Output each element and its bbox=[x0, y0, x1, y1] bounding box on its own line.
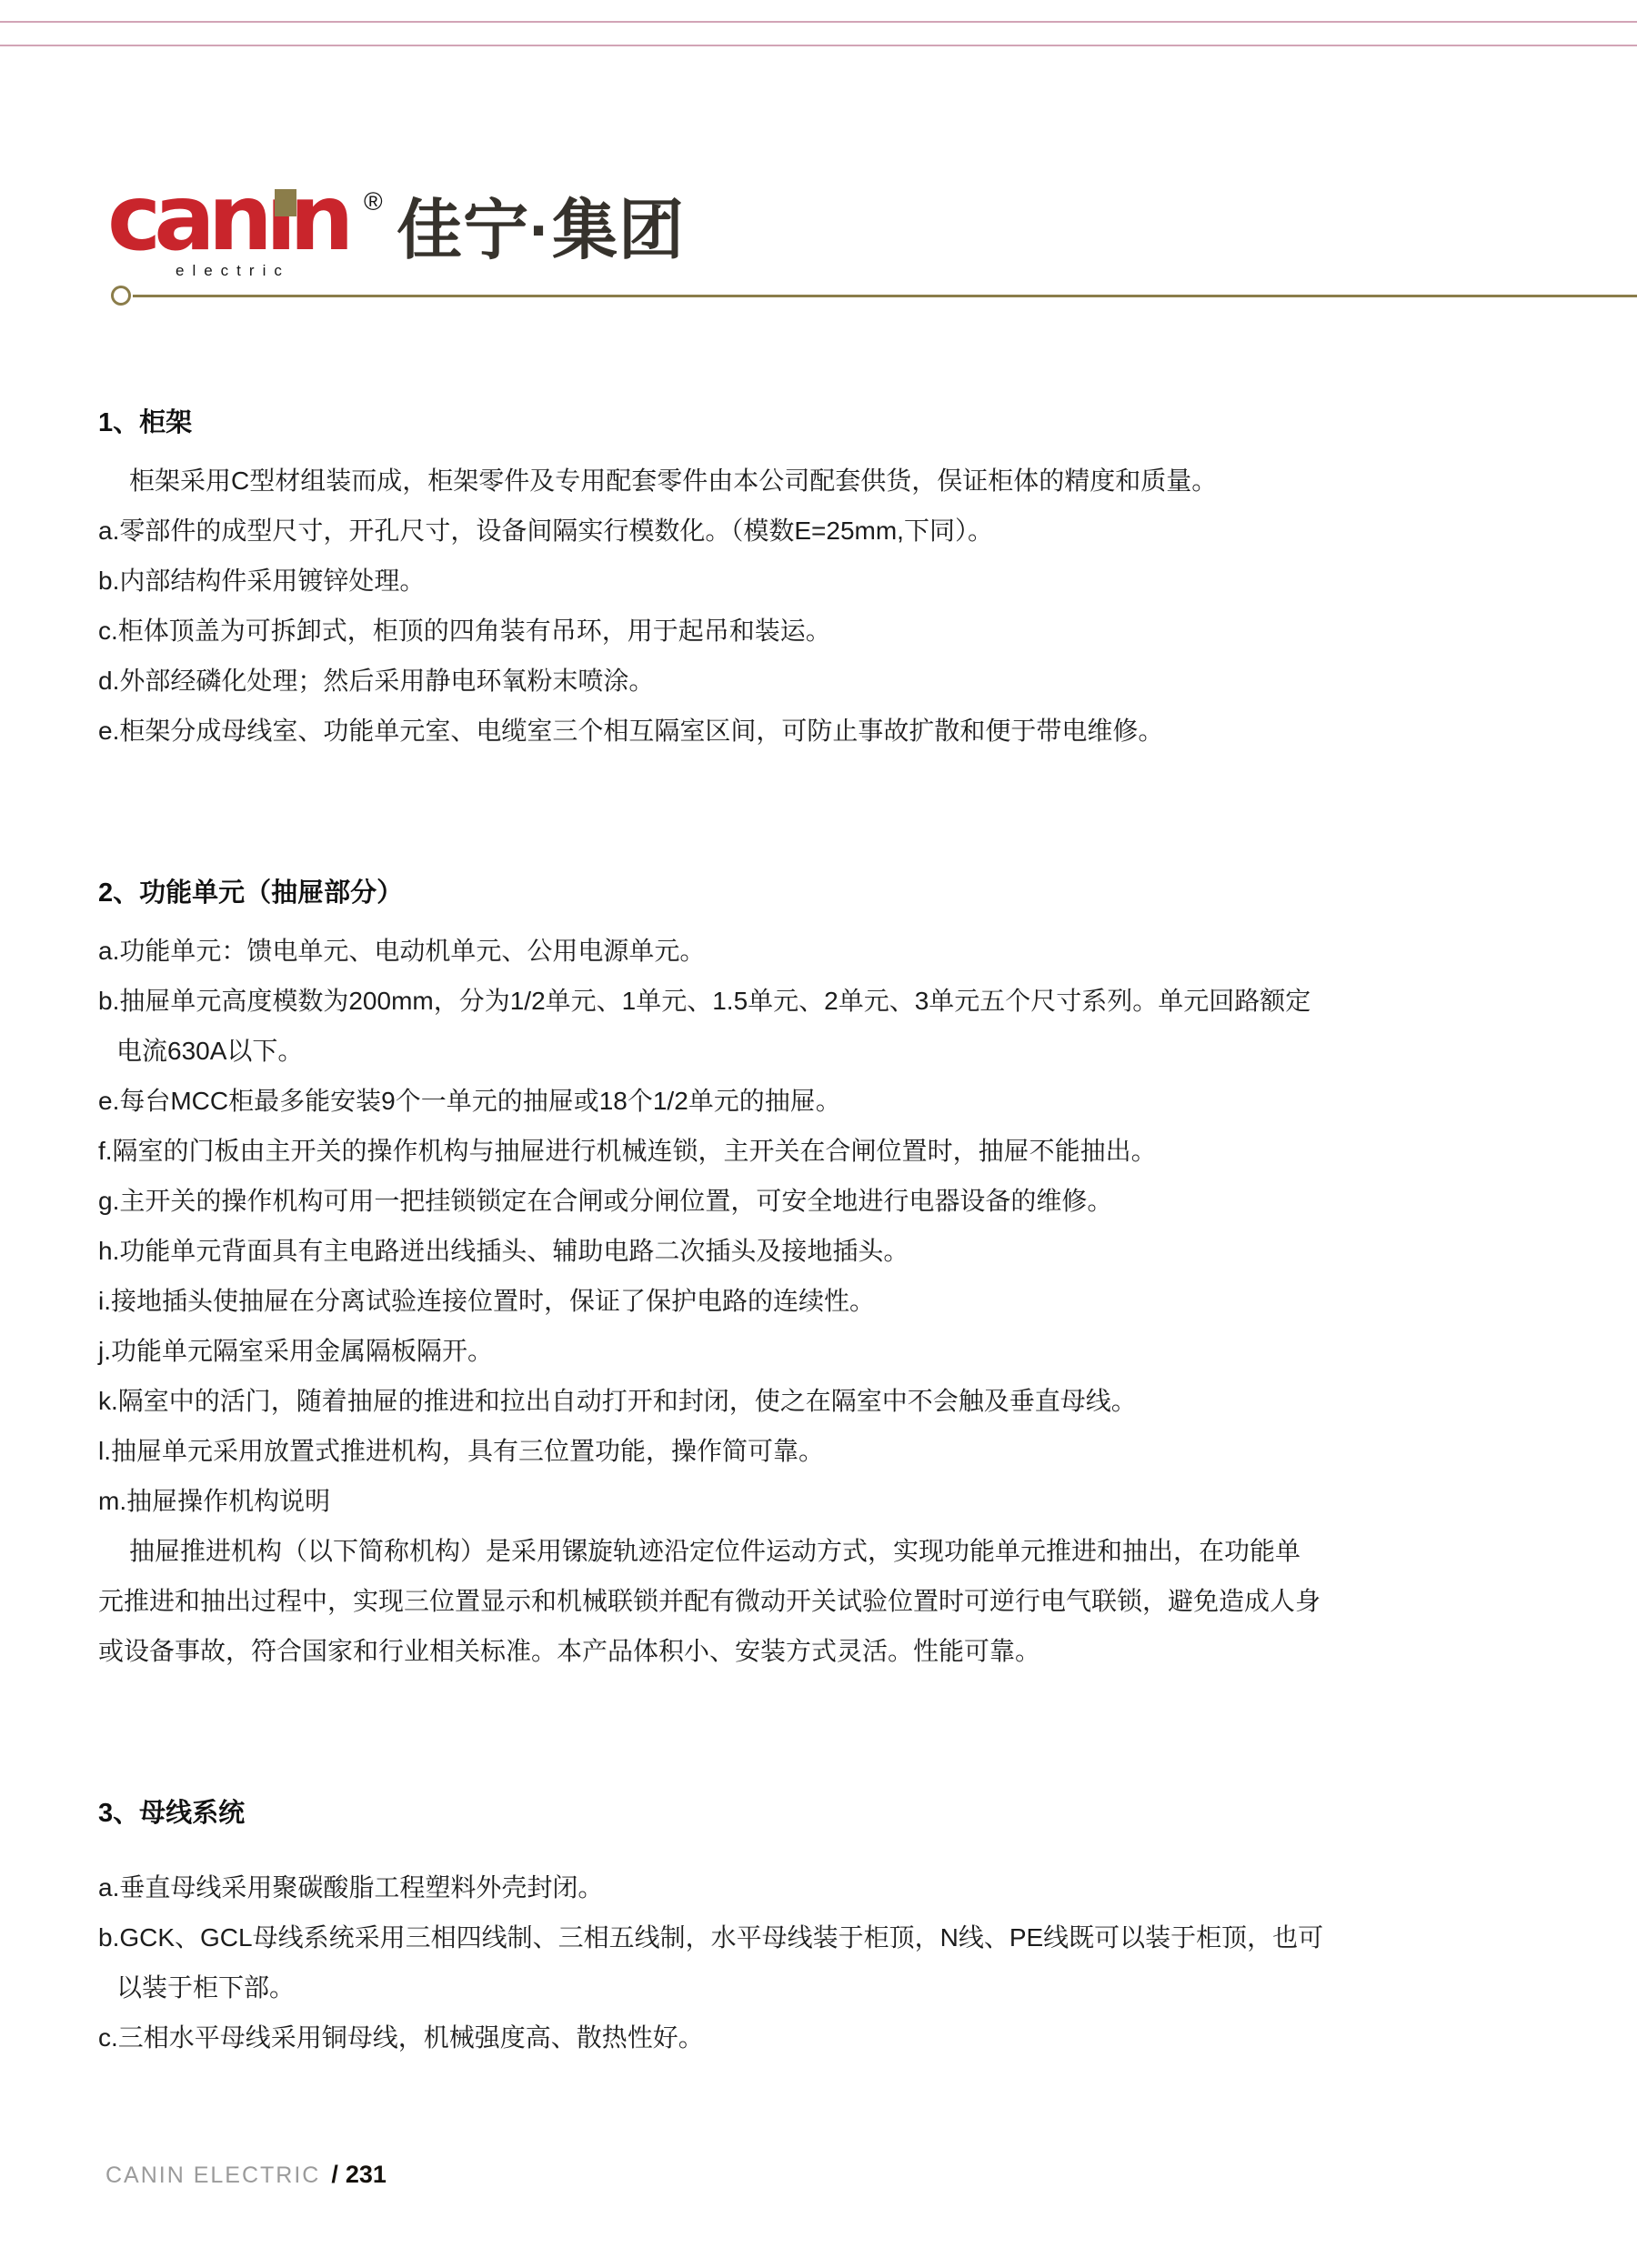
logo-olive-square-icon bbox=[275, 189, 296, 216]
footer-separator: / bbox=[331, 2161, 338, 2189]
brand-name-chinese: 佳宁·集团 bbox=[397, 195, 685, 267]
document-section: 2、功能单元（抽屉部分） a.功能单元：馈电单元、电动机单元、公用电源单元。b.… bbox=[98, 868, 1601, 1676]
page-number: 231 bbox=[346, 2161, 387, 2189]
text-line: 或设备事故，符合国家和行业相关标准。本产品体积小、安装方式灵活。性能可靠。 bbox=[98, 1626, 1601, 1676]
text-line: a.功能单元：馈电单元、电动机单元、公用电源单元。 bbox=[98, 926, 1601, 976]
section-heading: 1、柜架 bbox=[98, 398, 1601, 448]
page-footer: CANIN ELECTRIC / 231 bbox=[105, 2161, 387, 2189]
text-line: 电流630A以下。 bbox=[98, 1026, 1601, 1076]
text-line: k.隔室中的活门，随着抽屉的推进和拉出自动打开和封闭，使之在隔室中不会触及垂直母… bbox=[98, 1376, 1601, 1426]
text-line: b.GCK、GCL母线系统采用三相四线制、三相五线制，水平母线装于柜顶，N线、P… bbox=[98, 1912, 1601, 1962]
section-heading: 3、母线系统 bbox=[98, 1789, 1601, 1839]
canin-logo-wordmark: canın bbox=[107, 173, 346, 264]
text-line: g.主开关的操作机构可用一把挂锁锁定在合闸或分闸位置，可安全地进行电器设备的维修… bbox=[98, 1176, 1601, 1226]
divider-circle-icon bbox=[111, 286, 131, 306]
top-rule-upper bbox=[0, 21, 1637, 23]
text-line: a.垂直母线采用聚碳酸脂工程塑料外壳封闭。 bbox=[98, 1862, 1601, 1912]
text-line: a.零部件的成型尺寸，开孔尺寸，设备间隔实行模数化。（模数E=25mm,下同）。 bbox=[98, 506, 1601, 556]
document-section: 1、柜架 柜架采用C型材组装而成，柜架零件及专用配套零件由本公司配套供货，俣证柜… bbox=[98, 398, 1601, 756]
text-line: h.功能单元背面具有主电路迸出线插头、辅助电路二次插头及接地插头。 bbox=[98, 1226, 1601, 1276]
logo-text: canın bbox=[107, 165, 346, 271]
logo-subtitle: electric bbox=[176, 262, 290, 280]
text-line: l.抽屉单元采用放置式推进机构，具有三位置功能，操作简可靠。 bbox=[98, 1426, 1601, 1476]
text-line: f.隔室的门板由主开关的操作机构与抽屉进行机械连锁，主开关在合闸位置时，抽屉不能… bbox=[98, 1126, 1601, 1176]
text-line: b.抽屉单元高度模数为200mm，分为1/2单元、1单元、1.5单元、2单元、3… bbox=[98, 976, 1601, 1026]
text-line: d.外部经磷化处理；然后采用静电环氧粉末喷涂。 bbox=[98, 656, 1601, 706]
section-lines: a.垂直母线采用聚碳酸脂工程塑料外壳封闭。b.GCK、GCL母线系统采用三相四线… bbox=[98, 1862, 1601, 2062]
text-line: j.功能单元隔室采用金属隔板隔开。 bbox=[98, 1326, 1601, 1376]
text-line: b.内部结构件采用镀锌处理。 bbox=[98, 556, 1601, 606]
text-line: 元推进和抽出过程中，实现三位置显示和机械联锁并配有微动开关试验位置时可逆行电气联… bbox=[98, 1576, 1601, 1626]
text-line: 抽屉推进机构（以下简称机构）是采用镙旋轨迹沿定位件运动方式，实现功能单元推进和抽… bbox=[98, 1526, 1601, 1576]
section-lines: 柜架采用C型材组装而成，柜架零件及专用配套零件由本公司配套供货，俣证柜体的精度和… bbox=[98, 456, 1601, 756]
text-line: e.每台MCC柜最多能安装9个一单元的抽屉或18个1/2单元的抽屉。 bbox=[98, 1076, 1601, 1126]
divider-line bbox=[133, 295, 1637, 297]
registered-trademark-icon: ® bbox=[364, 187, 383, 216]
text-line: 柜架采用C型材组装而成，柜架零件及专用配套零件由本公司配套供货，俣证柜体的精度和… bbox=[98, 456, 1601, 506]
document-body: 1、柜架 柜架采用C型材组装而成，柜架零件及专用配套零件由本公司配套供货，俣证柜… bbox=[98, 398, 1601, 2062]
footer-brand-text: CANIN ELECTRIC bbox=[105, 2163, 320, 2189]
catalog-page: canın ® electric 佳宁·集团 1、柜架 柜架采用C型材组装而成，… bbox=[0, 0, 1637, 2268]
document-section: 3、母线系统 a.垂直母线采用聚碳酸脂工程塑料外壳封闭。b.GCK、GCL母线系… bbox=[98, 1789, 1601, 2062]
text-line: 以装于柜下部。 bbox=[98, 1962, 1601, 2012]
section-lines: a.功能单元：馈电单元、电动机单元、公用电源单元。b.抽屉单元高度模数为200m… bbox=[98, 926, 1601, 1676]
text-line: c.柜体顶盖为可拆卸式，柜顶的四角装有吊环，用于起吊和装运。 bbox=[98, 606, 1601, 656]
text-line: c.三相水平母线采用铜母线，机械强度高、散热性好。 bbox=[98, 2012, 1601, 2062]
text-line: i.接地插头使抽屉在分离试验连接位置时，保证了保护电路的连续性。 bbox=[98, 1276, 1601, 1326]
text-line: e.柜架分成母线室、功能单元室、电缆室三个相互隔室区间，可防止事故扩散和便于带电… bbox=[98, 706, 1601, 756]
section-heading: 2、功能单元（抽屉部分） bbox=[98, 868, 1601, 918]
header-divider bbox=[111, 286, 1637, 306]
text-line: m.抽屉操作机构说明 bbox=[98, 1476, 1601, 1526]
top-rule-lower bbox=[0, 45, 1637, 46]
